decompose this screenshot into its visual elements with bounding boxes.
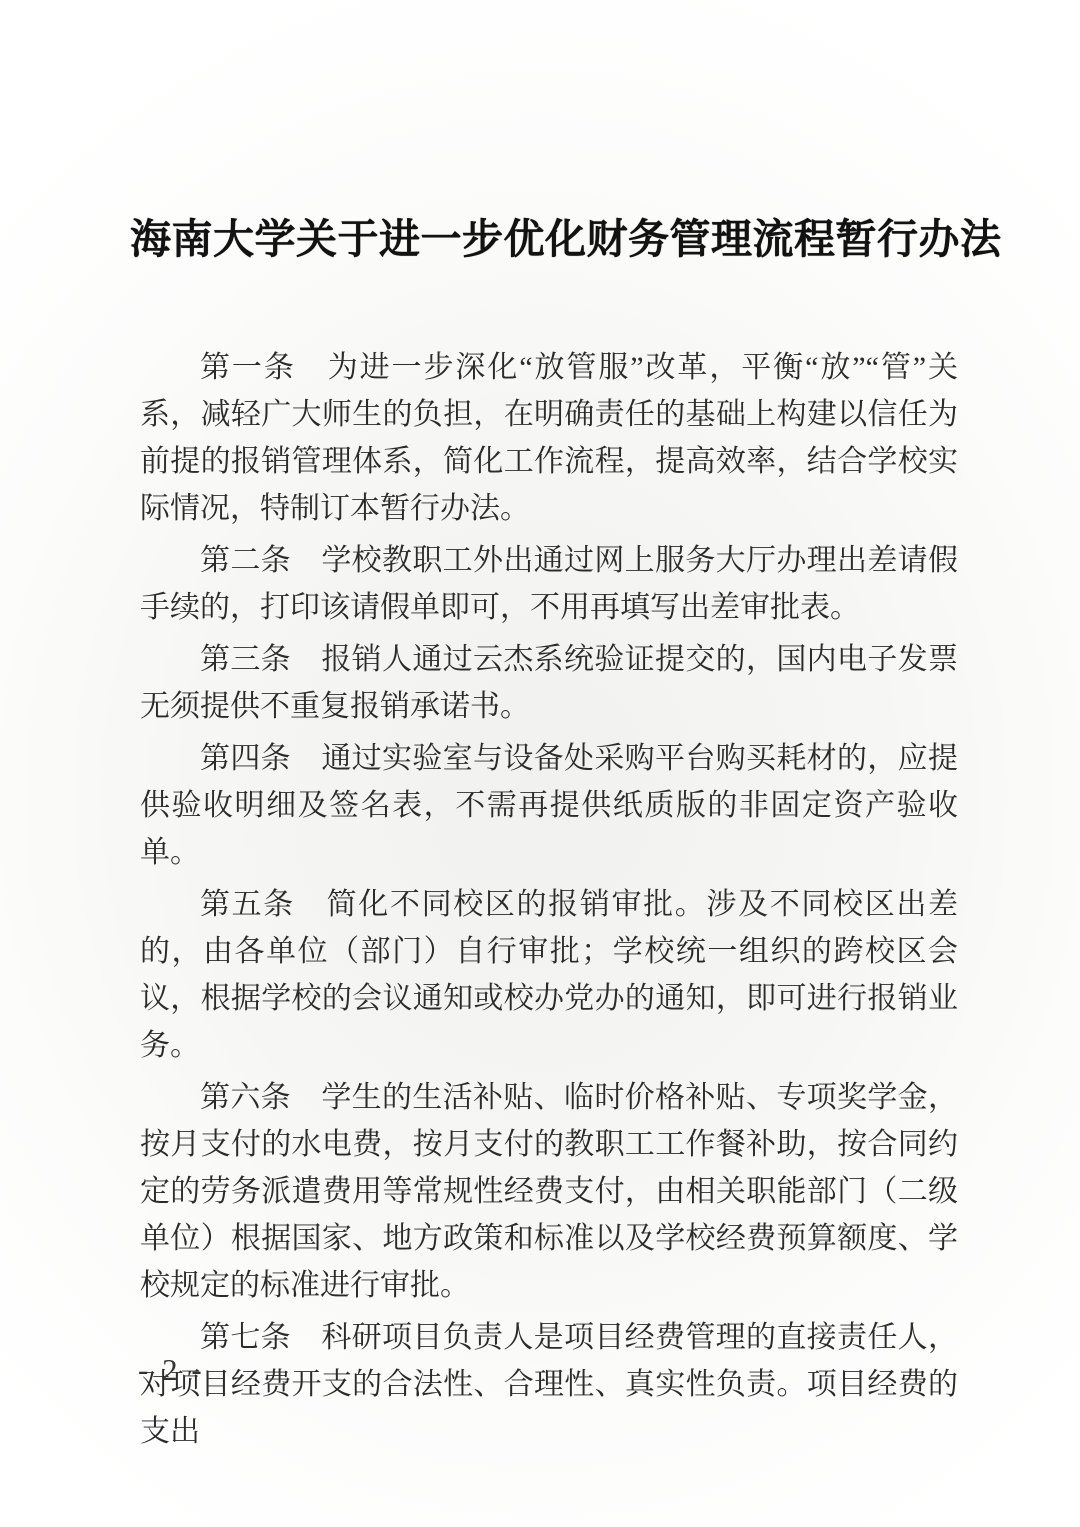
document-body: 第一条 为进一步深化“放管服”改革，平衡“放”“管”关系，减轻广大师生的负担，在… [140,344,958,1460]
paragraph-article-3: 第三条 报销人通过云杰系统验证提交的，国内电子发票无须提供不重复报销承诺书。 [140,636,958,730]
paragraph-article-7: 第七条 科研项目负责人是项目经费管理的直接责任人，对项目经费开支的合法性、合理性… [140,1314,958,1455]
document-page: 海南大学关于进一步优化财务管理流程暂行办法 第一条 为进一步深化“放管服”改革，… [0,0,1080,1527]
page-number: - 2 - [138,1352,205,1388]
paragraph-article-2: 第二条 学校教职工外出通过网上服务大厅办理出差请假手续的，打印该请假单即可，不用… [140,537,958,631]
paragraph-article-6: 第六条 学生的生活补贴、临时价格补贴、专项奖学金，按月支付的水电费，按月支付的教… [140,1074,958,1309]
paragraph-article-5: 第五条 简化不同校区的报销审批。涉及不同校区出差的，由各单位（部门）自行审批；学… [140,881,958,1069]
paragraph-article-1: 第一条 为进一步深化“放管服”改革，平衡“放”“管”关系，减轻广大师生的负担，在… [140,344,958,532]
paragraph-article-4: 第四条 通过实验室与设备处采购平台购买耗材的，应提供验收明细及签名表，不需再提供… [140,735,958,876]
document-title: 海南大学关于进一步优化财务管理流程暂行办法 [130,212,968,266]
